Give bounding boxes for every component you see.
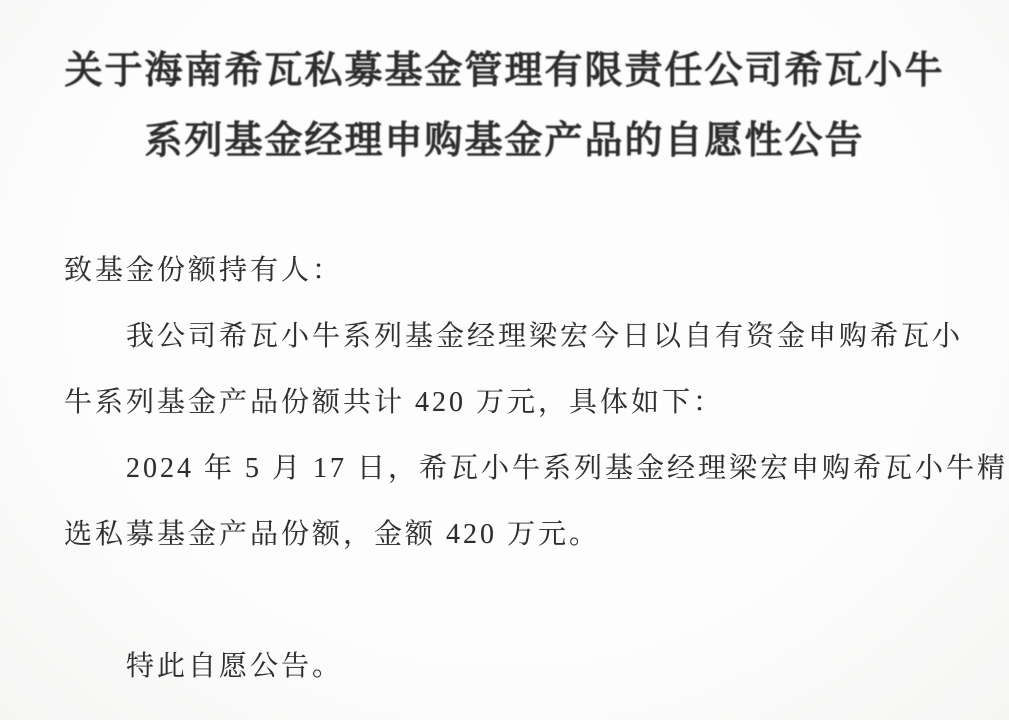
paragraph-2-line-1: 2024 年 5 月 17 日，希瓦小牛系列基金经理梁宏申购希瓦小牛精 [64,436,965,502]
paragraph-2-line-2: 选私募基金产品份额，金额 420 万元。 [64,502,965,568]
closing-line: 特此自愿公告。 [64,634,965,700]
title-line-1: 关于海南希瓦私募基金管理有限责任公司希瓦小牛 [0,36,1009,106]
paragraph-1-line-1: 我公司希瓦小牛系列基金经理梁宏今日以自有资金申购希瓦小 [64,304,965,370]
salutation: 致基金份额持有人： [64,238,965,304]
document-body: 致基金份额持有人： 我公司希瓦小牛系列基金经理梁宏今日以自有资金申购希瓦小 牛系… [0,238,1009,700]
paragraph-1-line-2: 牛系列基金产品份额共计 420 万元，具体如下： [64,370,965,436]
announcement-document: 关于海南希瓦私募基金管理有限责任公司希瓦小牛 系列基金经理申购基金产品的自愿性公… [0,0,1009,720]
document-title: 关于海南希瓦私募基金管理有限责任公司希瓦小牛 系列基金经理申购基金产品的自愿性公… [0,0,1009,176]
title-line-2: 系列基金经理申购基金产品的自愿性公告 [0,106,1009,176]
